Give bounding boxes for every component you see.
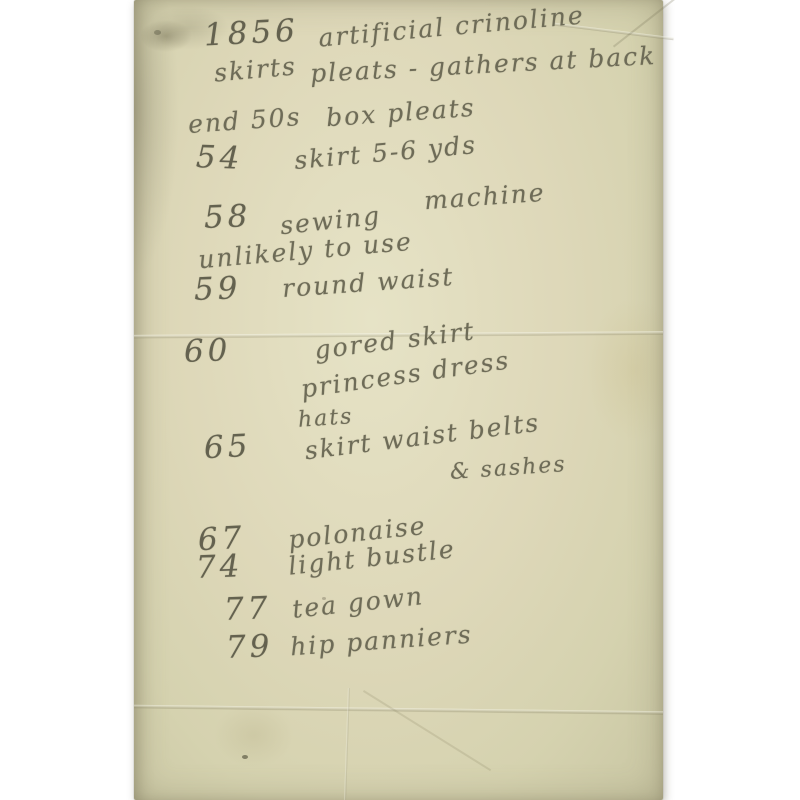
entry-74-year: 74 [195,551,244,584]
entry-65-year: 65 [203,431,252,464]
entry-1856-text: artificial crinoline [317,2,585,50]
entry-79-text: hip panniers [289,622,473,660]
entry-54-year: 54 [195,142,244,175]
entry-end50s-text: box pleats [325,95,476,130]
entry-60-year: 60 [183,335,232,368]
entry-hats-text: hats [297,406,354,432]
entry-skirts-text: pleats - gathers at back [310,43,657,86]
entry-skirts-label: skirts [213,53,298,85]
entry-59-year: 59 [193,273,242,306]
photo-background: 1856 artificial crinoline skirts pleats … [0,0,800,800]
entry-58-text-2: machine [423,180,546,213]
crease-bottom-vertical [344,688,350,800]
entry-54-text: skirt 5-6 yds [293,132,478,173]
entry-77-text: tea gown [291,583,425,622]
ink-speck [242,755,248,759]
entry-1856-year: 1856 [203,16,299,52]
entry-77-year: 77 [223,593,272,626]
entry-58-year: 58 [203,201,252,234]
entry-end50s-label: end 50s [187,104,302,137]
fold-crease-lower [134,705,663,715]
handwritten-note-paper: 1856 artificial crinoline skirts pleats … [134,0,663,800]
entry-79-year: 79 [225,631,274,664]
entry-58-note: unlikely to use [197,229,413,273]
entry-65-text-2: & sashes [449,454,567,484]
entry-59-text: round waist [281,264,455,301]
crease-bottom-diagonal [363,690,491,771]
stain-smudge [154,30,161,35]
